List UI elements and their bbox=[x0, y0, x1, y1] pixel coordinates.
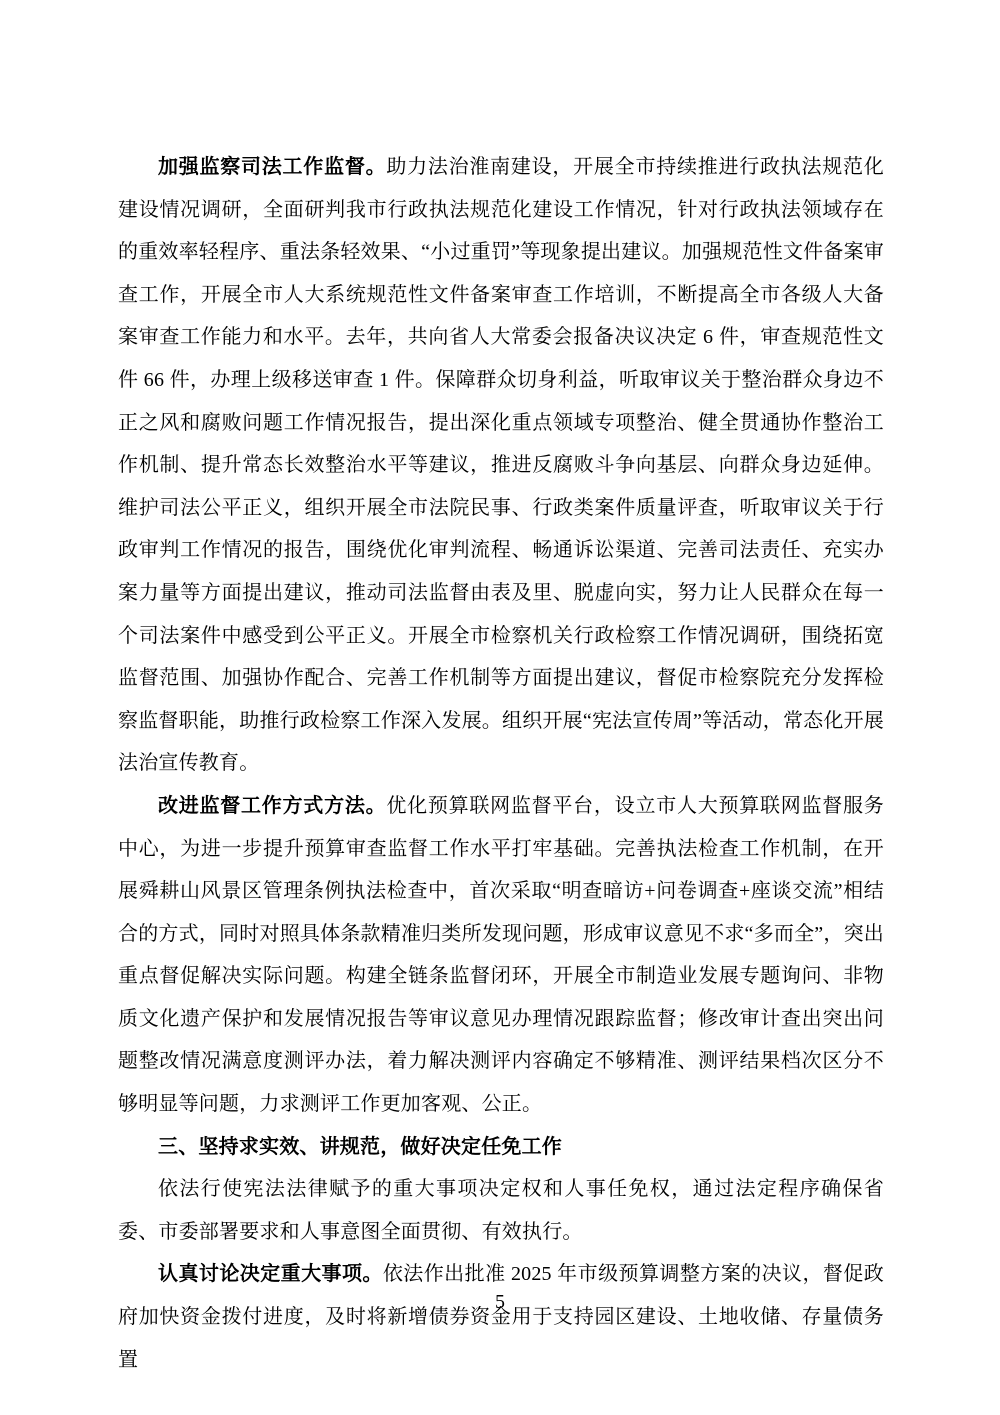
document-page: 加强监察司法工作监督。助力法治淮南建设，开展全市持续推进行政执法规范化建设情况调… bbox=[0, 0, 1000, 1415]
paragraph-text: 优化预算联网监督平台，设立市人大预算联网监督服务中心，为进一步提升预算审查监督工… bbox=[118, 795, 884, 1115]
paragraph-lead: 加强监察司法工作监督。 bbox=[158, 156, 386, 178]
paragraph: 认真讨论决定重大事项。依法作出批准 2025 年市级预算调整方案的决议，督促政府… bbox=[118, 1253, 884, 1381]
document-body: 加强监察司法工作监督。助力法治淮南建设，开展全市持续推进行政执法规范化建设情况调… bbox=[118, 146, 884, 1381]
paragraph-lead: 认真讨论决定重大事项。 bbox=[158, 1263, 383, 1285]
page-number: 5 bbox=[0, 1290, 1000, 1314]
paragraph: 加强监察司法工作监督。助力法治淮南建设，开展全市持续推进行政执法规范化建设情况调… bbox=[118, 146, 884, 785]
paragraph-text: 助力法治淮南建设，开展全市持续推进行政执法规范化建设情况调研，全面研判我市行政执… bbox=[118, 156, 884, 774]
paragraph-text: 依法行使宪法法律赋予的重大事项决定权和人事任免权，通过法定程序确保省委、市委部署… bbox=[118, 1178, 884, 1243]
paragraph: 依法行使宪法法律赋予的重大事项决定权和人事任免权，通过法定程序确保省委、市委部署… bbox=[118, 1168, 884, 1253]
section-heading: 三、坚持求实效、讲规范，做好决定任免工作 bbox=[118, 1126, 884, 1169]
paragraph-lead: 改进监督工作方式方法。 bbox=[158, 795, 386, 817]
paragraph: 改进监督工作方式方法。优化预算联网监督平台，设立市人大预算联网监督服务中心，为进… bbox=[118, 785, 884, 1126]
